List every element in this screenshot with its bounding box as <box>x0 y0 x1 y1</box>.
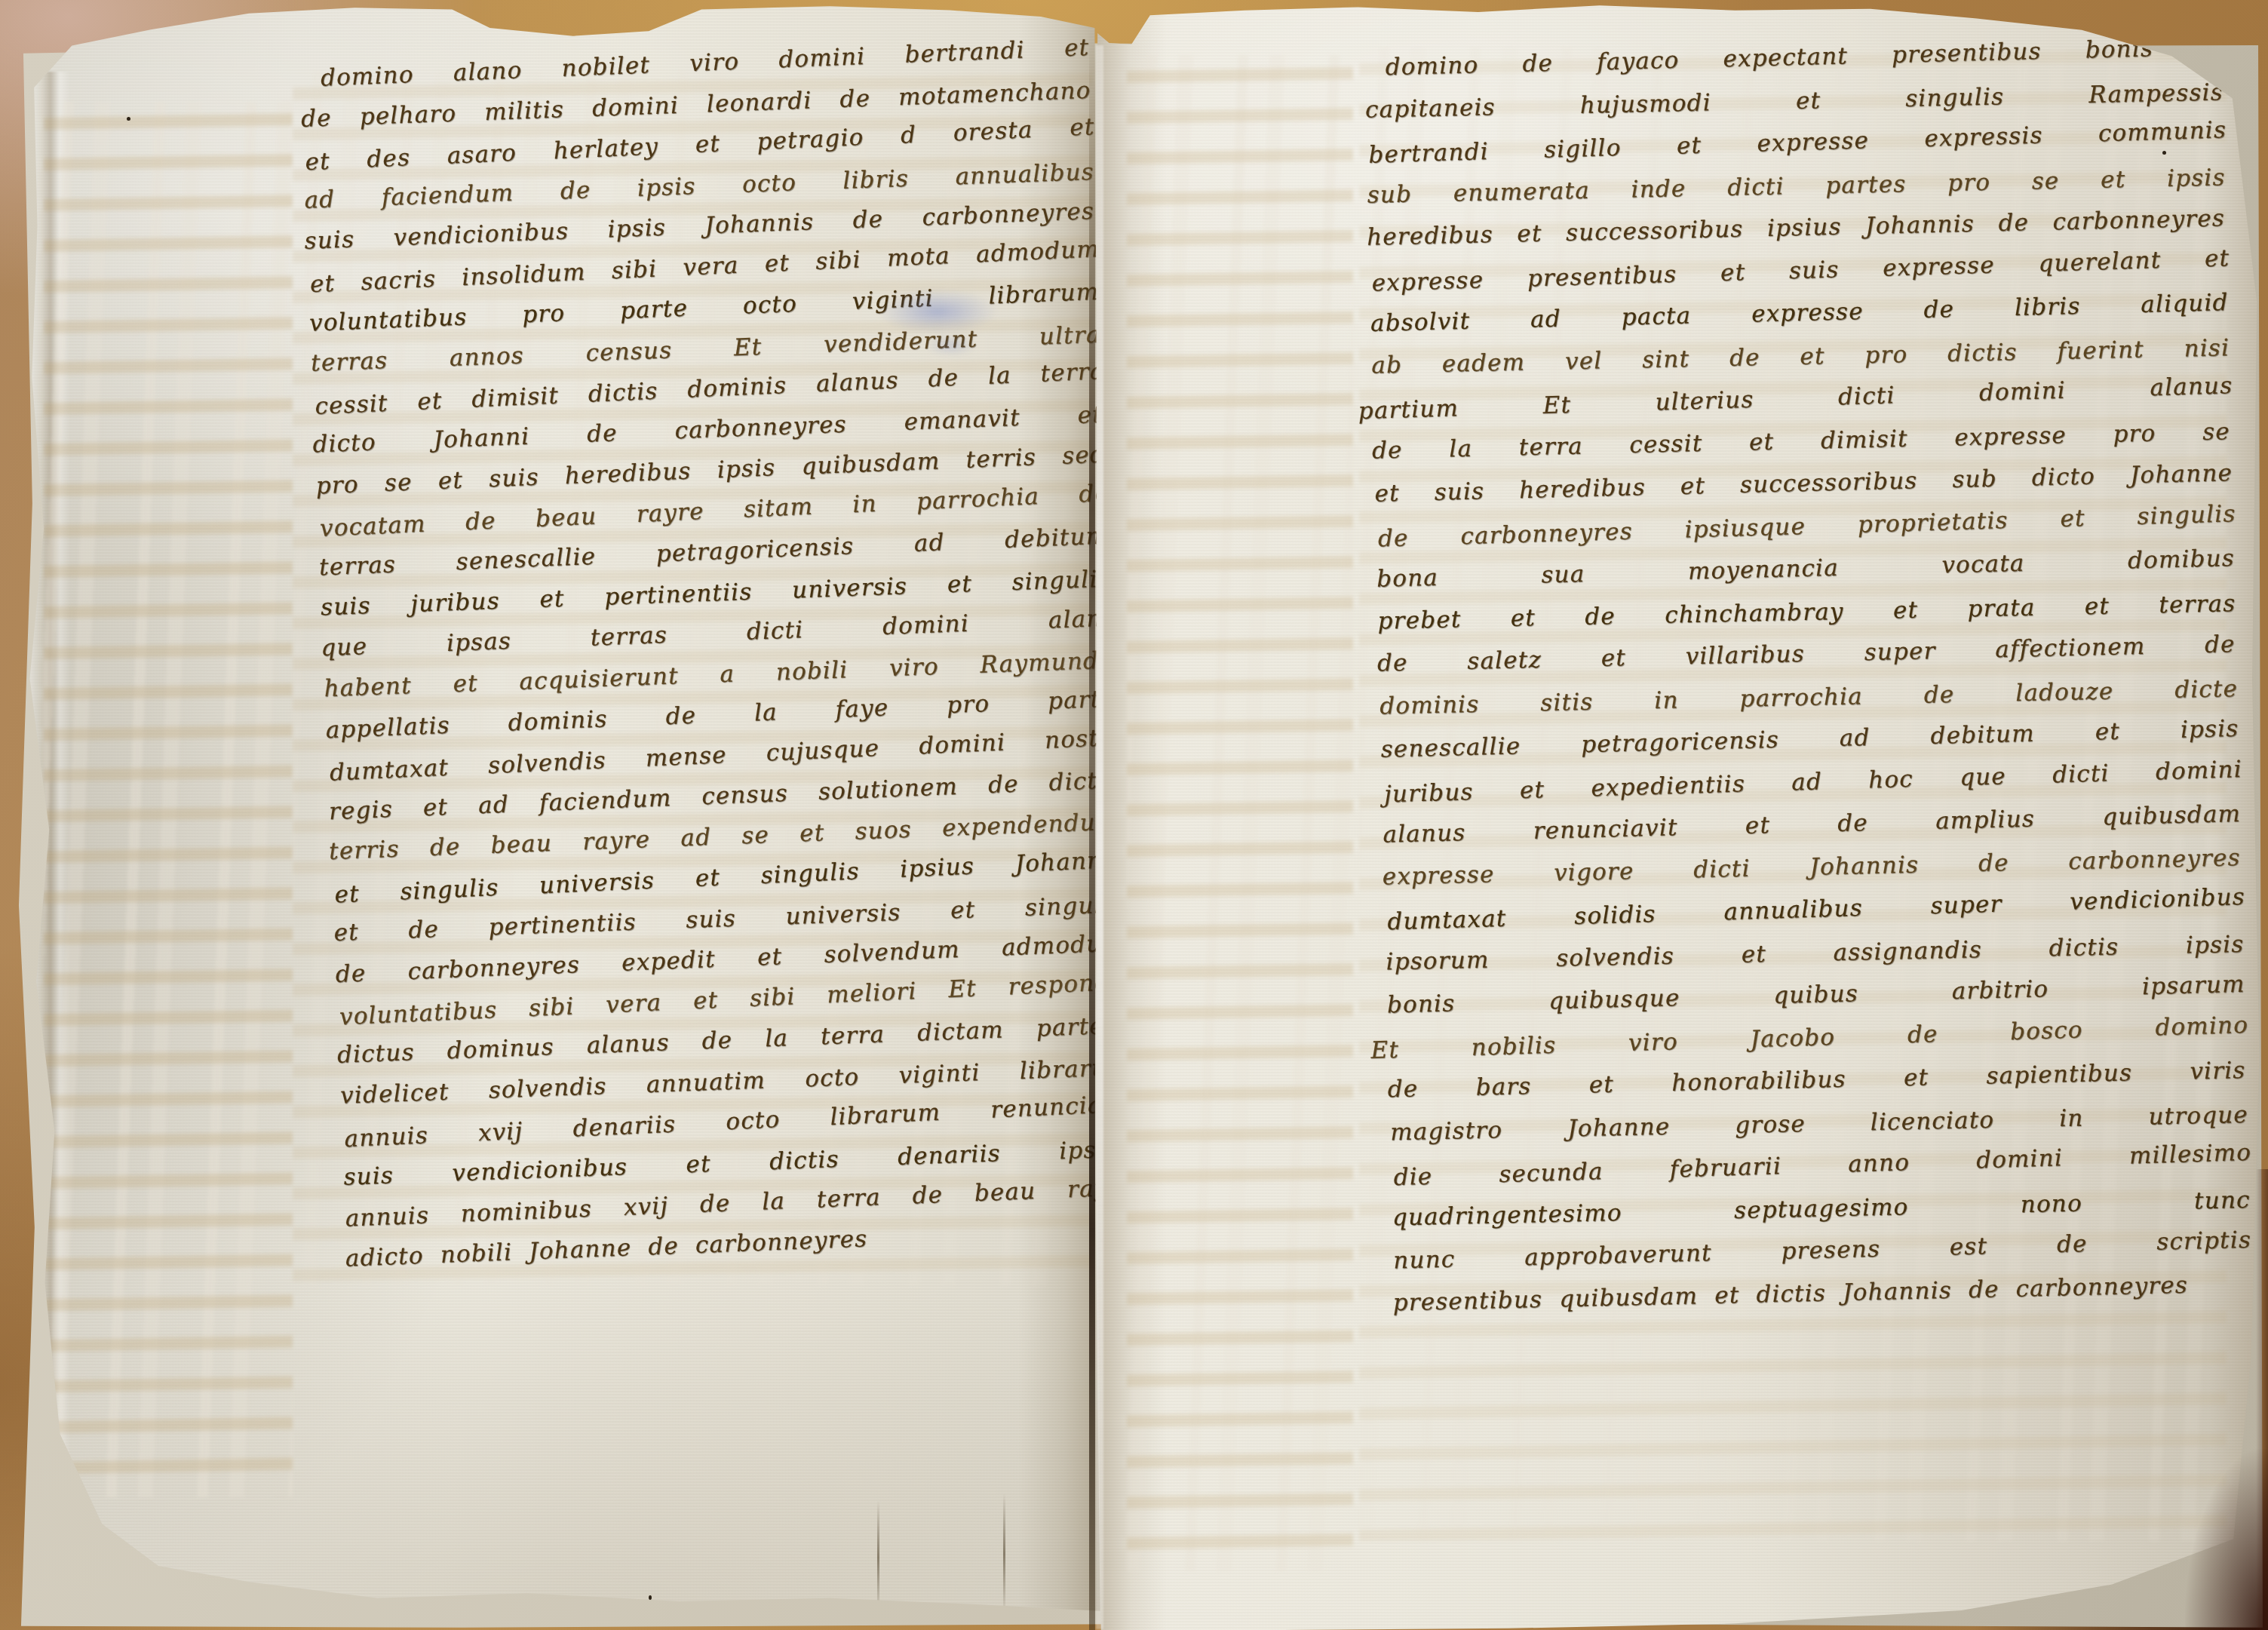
manuscript-photo: domino alano nobilet viro domini bertran… <box>0 0 2268 1630</box>
show-through-text-gutter-margin <box>1127 55 1353 1571</box>
ink-speck <box>127 117 130 121</box>
paper-crease <box>1003 1493 1005 1614</box>
show-through-text-left-margin <box>44 102 293 1497</box>
binding-crease <box>1089 30 1095 1630</box>
left-page-text: domino alano nobilet viro domini bertran… <box>299 27 1137 1280</box>
left-page: domino alano nobilet viro domini bertran… <box>21 4 1101 1614</box>
table-shadow-right-edge <box>2256 1169 2268 1630</box>
binding-crease-highlight <box>1096 45 1103 1629</box>
ink-speck <box>2162 151 2166 155</box>
blue-ink-smudge <box>877 289 998 334</box>
ink-speck <box>649 1595 652 1600</box>
right-page: domino de fayaco expectant presentibus b… <box>1095 2 2263 1630</box>
right-page-text: domino de fayaco expectant presentibus b… <box>1364 26 2253 1325</box>
blue-ink-smudge-small <box>915 330 987 361</box>
paper-crease <box>877 1501 879 1614</box>
